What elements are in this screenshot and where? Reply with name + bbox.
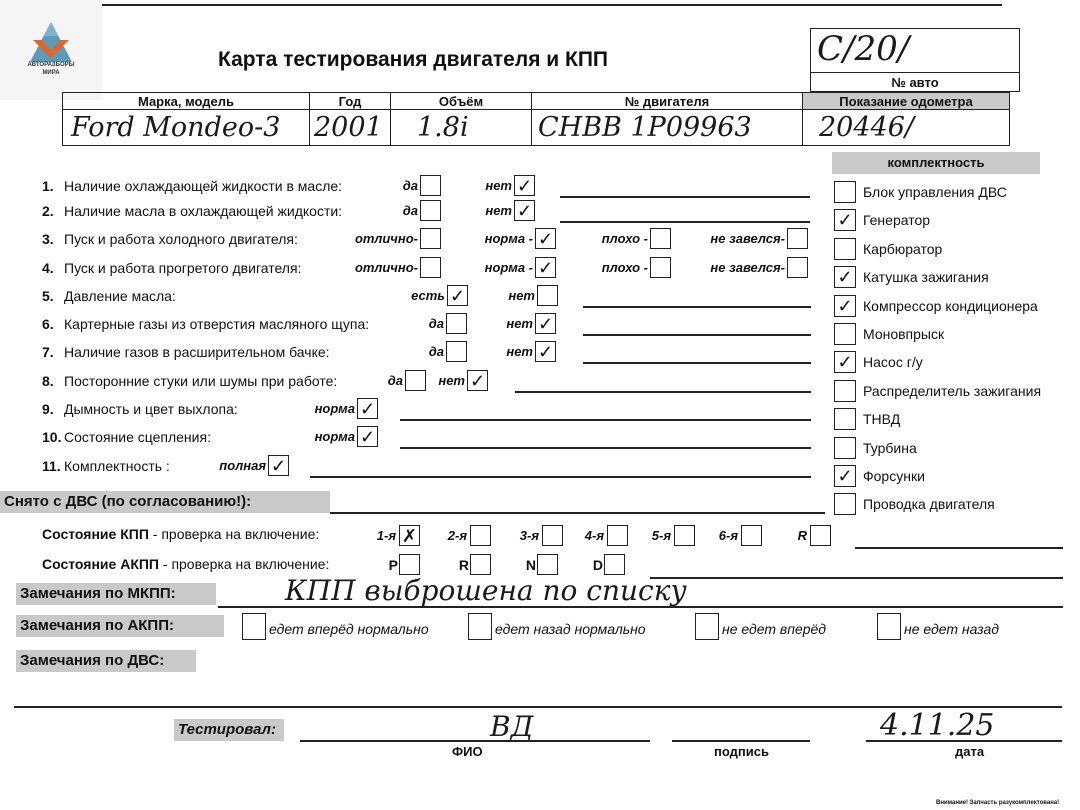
check-text: Картерные газы из отверстия масляного щу… (64, 316, 369, 332)
page-title: Карта тестирования двигателя и КПП (218, 48, 608, 72)
option-checkbox[interactable] (537, 285, 558, 306)
completeness-checkbox[interactable]: ✓ (834, 465, 856, 487)
option-label: не завелся- (710, 231, 785, 246)
auto-number-label: № авто (811, 72, 1019, 90)
name-caption: ФИО (452, 744, 483, 759)
option-label: нет (485, 178, 512, 193)
note-line[interactable] (583, 334, 811, 336)
gear-checkbox[interactable] (542, 525, 563, 546)
option-label: нет (508, 288, 535, 303)
logo: АВТОРАЗБОРЫ МИРА (0, 0, 102, 100)
option-checkbox[interactable] (420, 228, 441, 249)
option-checkbox[interactable]: ✓ (535, 313, 556, 334)
option-checkbox[interactable]: ✓ (535, 257, 556, 278)
option-label: плохо - (602, 260, 648, 275)
removed-line[interactable] (330, 512, 825, 514)
akpp-remark-label: не едет вперёд (722, 621, 826, 637)
option-checkbox[interactable]: ✓ (514, 200, 535, 221)
check-number: 2. (42, 203, 54, 219)
col-volume: Объём (391, 93, 532, 110)
option-label: нет (438, 373, 465, 388)
completeness-checkbox[interactable] (834, 323, 856, 345)
vehicle-table: Марка, модель Год Объём № двигателя Пока… (62, 92, 1010, 146)
gear-label: R (798, 528, 807, 543)
option-label: да (429, 344, 444, 359)
option-label: норма (315, 401, 355, 416)
option-label: отлично- (355, 260, 418, 275)
logo-mountain-icon (0, 0, 102, 70)
note-line[interactable] (560, 221, 810, 223)
option-label: норма - (485, 231, 533, 246)
akpp-remark-label: едет назад нормально (495, 621, 646, 637)
check-text: Пуск и работа прогретого двигателя: (64, 260, 301, 276)
option-checkbox[interactable] (446, 313, 467, 334)
completeness-label: Распределитель зажигания (863, 383, 1041, 399)
note-line[interactable] (310, 476, 811, 478)
completeness-checkbox[interactable] (834, 408, 856, 430)
completeness-checkbox[interactable] (834, 181, 856, 203)
completeness-label: Моновпрыск (863, 326, 944, 342)
akpp-gear-label: R (459, 557, 469, 573)
akpp-gear-label: D (593, 557, 603, 573)
completeness-checkbox[interactable] (834, 437, 856, 459)
option-checkbox[interactable]: ✓ (535, 341, 556, 362)
option-label: да (403, 178, 418, 193)
kpp-label: Состояние КПП - проверка на включение: (42, 526, 319, 542)
option-checkbox[interactable] (405, 370, 426, 391)
option-checkbox[interactable]: ✓ (357, 426, 378, 447)
akpp-gear-checkbox[interactable] (604, 554, 625, 575)
completeness-title: комплектность (832, 152, 1040, 174)
check-text: Наличие охлаждающей жидкости в масле: (64, 178, 342, 194)
check-number: 6. (42, 316, 54, 332)
option-checkbox[interactable]: ✓ (268, 455, 289, 476)
completeness-label: Форсунки (863, 468, 925, 484)
name-line (300, 740, 650, 742)
check-text: Дымность и цвет выхлопа: (64, 401, 238, 417)
option-label: да (429, 316, 444, 331)
option-label: норма (315, 429, 355, 444)
col-engine-no: № двигателя (532, 93, 803, 110)
akpp-gear-label: P (389, 557, 398, 573)
gear-label: 3-я (520, 528, 539, 543)
completeness-checkbox[interactable]: ✓ (834, 351, 856, 373)
option-checkbox[interactable] (420, 257, 441, 278)
completeness-checkbox[interactable]: ✓ (834, 209, 856, 231)
option-checkbox[interactable]: ✓ (467, 370, 488, 391)
option-label: нет (506, 316, 533, 331)
remarks-mkpp-line (218, 606, 1063, 608)
remarks-dvs-label: Замечания по ДВС: (16, 650, 196, 672)
completeness-label: Катушка зажигания (863, 269, 989, 285)
option-label: норма - (485, 260, 533, 275)
tested-label: Тестировал: (174, 719, 284, 741)
check-number: 4. (42, 260, 54, 276)
option-checkbox[interactable]: ✓ (514, 175, 535, 196)
option-label: да (388, 373, 403, 388)
akpp-gear-checkbox[interactable] (470, 554, 491, 575)
check-text: Состояние сцепления: (64, 429, 211, 445)
completeness-checkbox[interactable] (834, 380, 856, 402)
gear-checkbox[interactable] (810, 525, 831, 546)
gear-checkbox[interactable] (741, 525, 762, 546)
check-number: 11. (42, 458, 61, 474)
check-text: Давление масла: (64, 288, 176, 304)
check-number: 1. (42, 178, 54, 194)
date-caption: дата (955, 744, 984, 759)
completeness-label: Компрессор кондиционера (863, 298, 1038, 314)
remarks-mkpp-label: Замечания по МКПП: (16, 583, 216, 605)
completeness-label: Блок управления ДВС (863, 184, 1007, 200)
gear-label: 1-я (377, 528, 396, 543)
check-number: 5. (42, 288, 54, 304)
option-checkbox[interactable]: ✓ (535, 228, 556, 249)
signature-caption: подпись (714, 744, 769, 759)
akpp-remark-checkbox[interactable] (468, 613, 492, 640)
option-checkbox[interactable]: ✓ (357, 398, 378, 419)
completeness-label: Проводка двигателя (863, 496, 995, 512)
check-text: Наличие масла в охлаждающей жидкости: (64, 203, 342, 219)
footer-note: Внимание! Запчасть разукомплектована! (936, 800, 1059, 806)
remarks-mkpp-value[interactable]: КПП выброшена по списку (285, 574, 687, 607)
tester-name[interactable]: ВД (490, 710, 533, 743)
option-checkbox[interactable] (787, 257, 808, 278)
volume-value: 1.8i (391, 110, 532, 146)
check-text: Пуск и работа холодного двигателя: (64, 231, 298, 247)
logo-text-2: МИРА (0, 70, 102, 76)
akpp-remark-checkbox[interactable] (695, 613, 719, 640)
option-checkbox[interactable] (420, 200, 441, 221)
option-checkbox[interactable] (787, 228, 808, 249)
gear-checkbox[interactable] (470, 525, 491, 546)
note-line[interactable] (583, 306, 811, 308)
col-year: Год (310, 93, 391, 110)
check-number: 9. (42, 401, 54, 417)
auto-number-value: C/20/ (817, 29, 909, 69)
check-text: Наличие газов в расширительном бачке: (64, 344, 330, 360)
akpp-remark-label: едет вперёд нормально (269, 621, 429, 637)
note-line[interactable] (515, 391, 811, 393)
remarks-akpp-label: Замечания по АКПП: (16, 615, 224, 637)
completeness-checkbox[interactable] (834, 493, 856, 515)
akpp-remark-checkbox[interactable] (242, 613, 266, 640)
option-checkbox[interactable] (650, 228, 671, 249)
completeness-label: Генератор (863, 212, 930, 228)
note-line[interactable] (583, 362, 811, 364)
option-label: отлично- (355, 231, 418, 246)
removed-label: Снято с ДВС (по согласованию!): (0, 491, 330, 513)
col-make-model: Марка, модель (63, 93, 310, 110)
logo-text-1: АВТОРАЗБОРЫ (0, 62, 102, 68)
completeness-checkbox[interactable]: ✓ (834, 266, 856, 288)
completeness-checkbox[interactable] (834, 238, 856, 260)
akpp-gear-checkbox[interactable] (537, 554, 558, 575)
option-checkbox[interactable]: ✓ (447, 285, 468, 306)
completeness-label: Насос г/у (863, 354, 923, 370)
option-label: есть (411, 288, 445, 303)
date-line (866, 740, 1062, 742)
completeness-label: Турбина (863, 440, 917, 456)
year-value: 2001 (310, 110, 391, 146)
akpp-remark-checkbox[interactable] (877, 613, 901, 640)
check-text: Посторонние стуки или шумы при работе: (64, 373, 337, 389)
odometer-value: 20446/ (803, 110, 1010, 146)
test-date[interactable]: 4.11.25 (880, 708, 995, 743)
gear-label: 5-я (652, 528, 671, 543)
akpp-gear-label: N (526, 557, 536, 573)
option-label: не завелся- (710, 260, 785, 275)
note-line[interactable] (560, 196, 810, 198)
option-label: полная (219, 458, 266, 473)
completeness-checkbox[interactable]: ✓ (834, 295, 856, 317)
make-model-value: Ford Mondeo-3 (63, 110, 310, 146)
option-label: нет (506, 344, 533, 359)
signature-line[interactable] (672, 740, 810, 742)
akpp-label: Состояние АКПП - проверка на включение: (42, 556, 329, 572)
option-checkbox[interactable] (420, 175, 441, 196)
akpp-note-line[interactable] (650, 577, 1063, 579)
akpp-remark-label: не едет назад (904, 621, 999, 637)
option-checkbox[interactable] (446, 341, 467, 362)
check-number: 3. (42, 231, 54, 247)
engine-no-value: CHBB 1P09963 (532, 110, 803, 146)
check-number: 7. (42, 344, 54, 360)
note-line[interactable] (400, 447, 811, 449)
gear-checkbox[interactable] (674, 525, 695, 546)
top-rule (102, 4, 1002, 6)
option-label: плохо - (602, 231, 648, 246)
option-label: нет (485, 203, 512, 218)
check-number: 10. (42, 429, 61, 445)
note-line[interactable] (400, 419, 811, 421)
auto-number-box: C/20/ № авто (810, 28, 1020, 92)
gear-checkbox[interactable]: ✗ (399, 525, 420, 546)
completeness-label: ТНВД (863, 411, 900, 427)
kpp-note-line[interactable] (855, 547, 1063, 549)
check-text: Комплектность : (64, 458, 170, 474)
gear-label: 4-я (585, 528, 604, 543)
col-odometer: Показание одометра (803, 93, 1010, 110)
completeness-label: Карбюратор (863, 241, 942, 257)
option-label: да (403, 203, 418, 218)
akpp-gear-checkbox[interactable] (399, 554, 420, 575)
option-checkbox[interactable] (650, 257, 671, 278)
gear-checkbox[interactable] (607, 525, 628, 546)
check-number: 8. (42, 373, 54, 389)
gear-label: 6-я (719, 528, 738, 543)
gear-label: 2-я (448, 528, 467, 543)
